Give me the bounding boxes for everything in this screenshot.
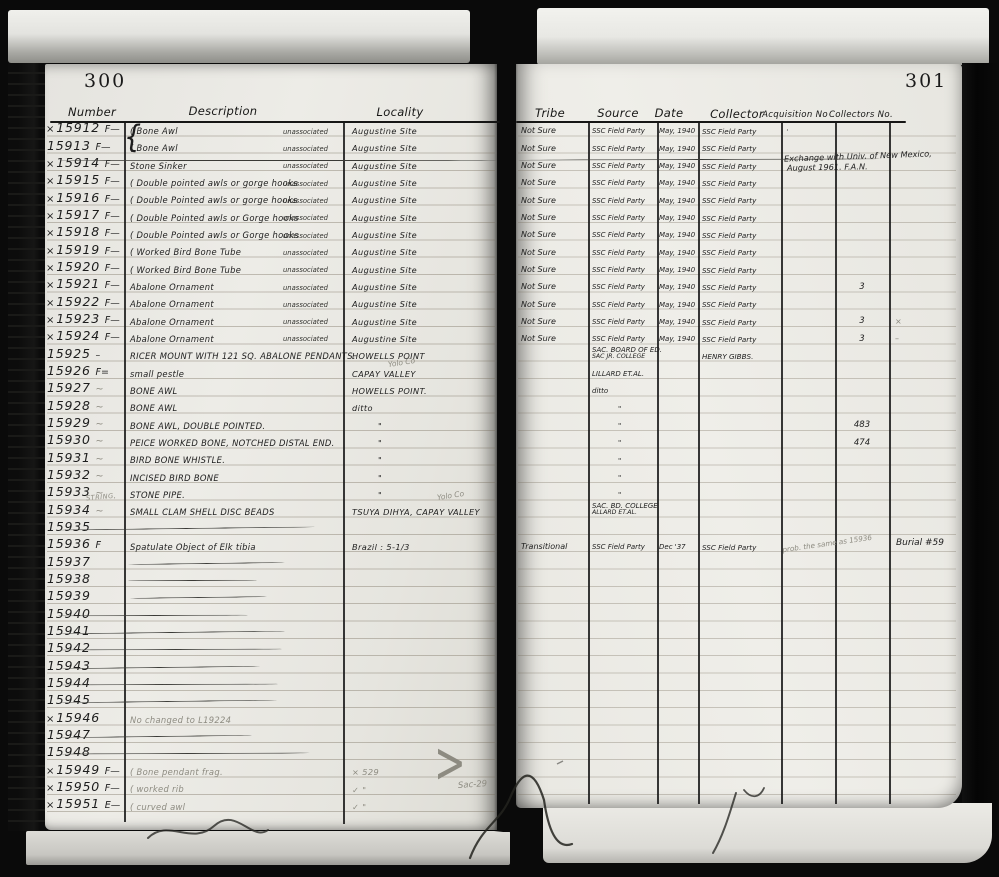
description: BONE AWL: [130, 387, 344, 395]
locality: Augustine Site: [352, 318, 502, 326]
catalog-number: 15941: [46, 625, 126, 638]
ledger-row: ×15924 F— Abalone Ornament unassociated …: [0, 327, 999, 344]
catalog-number: 15932 ~: [46, 469, 126, 482]
date: May, 1940: [659, 232, 697, 239]
locality: HOWELLS POINT: [352, 352, 502, 360]
description: Spatulate Object of Elk tibia: [130, 543, 344, 551]
ledger-row: 15932 ~ INCISED BIRD BONE " ": [0, 466, 999, 483]
locality: ": [352, 439, 502, 447]
description-note: unassociated: [283, 146, 343, 153]
catalog-number: 15930 ~: [46, 434, 126, 447]
description-note: unassociated: [283, 233, 343, 240]
collector: SSC Field Party: [702, 319, 780, 326]
tribe: Transitional: [521, 543, 585, 551]
ledger-row: ×15915 F— ( Double pointed awls or gorge…: [0, 171, 999, 188]
strikethrough-row-15914-left: [58, 160, 498, 161]
ledger-row: 15931 ~ BIRD BONE WHISTLE. " ": [0, 448, 999, 465]
description-note: unassociated: [283, 285, 343, 292]
collector: SSC Field Party: [702, 544, 780, 551]
source: ": [592, 423, 656, 430]
collector: SSC Field Party: [702, 267, 780, 274]
ledger-row: 15926 F= small pestle CAPAY VALLEY LILLA…: [0, 362, 999, 379]
source: ditto: [592, 388, 656, 395]
locality: × 529: [352, 768, 502, 776]
ledger-row: 15934 ~ SMALL CLAM SHELL DISC BEADS TSUY…: [0, 500, 999, 517]
collectors-no: 474: [838, 439, 886, 448]
catalog-number: 15947: [46, 729, 126, 742]
locality: Augustine Site: [352, 266, 502, 274]
date: May, 1940: [659, 198, 697, 205]
locality: ✓ ": [352, 803, 502, 811]
source: SSC Field Party: [592, 163, 656, 170]
locality: TSUYA DIHYA, CAPAY VALLEY: [352, 508, 502, 516]
date: May, 1940: [659, 250, 697, 257]
catalog-number: 15939: [46, 590, 126, 603]
source: SSC Field Party: [592, 250, 656, 257]
catalog-number: 15935: [46, 521, 126, 534]
ledger-row: 15937: [0, 552, 999, 569]
catalog-number: ×15914 F—: [46, 157, 126, 170]
catalog-number: 15943: [46, 660, 126, 673]
ledger-row: ×15946 No changed to L19224: [0, 708, 999, 725]
source: SAC. BD. COLLEGEALLARD ET.AL.: [592, 503, 656, 516]
collectors-no: 3: [838, 317, 886, 326]
catalog-number: 15938: [46, 573, 126, 586]
collector: SSC Field Party: [702, 232, 780, 239]
ledger-row: ×15920 F— ( Worked Bird Bone Tube unasso…: [0, 258, 999, 275]
ledger-row: 15935: [0, 518, 999, 535]
brace-mark: {: [124, 122, 141, 155]
description: ( Bone pendant frag.: [130, 768, 344, 776]
source: SSC Field Party: [592, 146, 656, 153]
collector: SSC Field Party: [702, 145, 780, 152]
tribe: Not Sure: [521, 145, 585, 153]
ledger-row: 15929 ~ BONE AWL, DOUBLE POINTED. " " 48…: [0, 414, 999, 431]
catalog-number: ×15924 F—: [46, 330, 126, 343]
date: Dec '37: [659, 544, 697, 551]
source: SSC Field Party: [592, 215, 656, 222]
catalog-number: 15929 ~: [46, 417, 126, 430]
catalog-number: ×15919 F—: [46, 244, 126, 257]
tribe: Not Sure: [521, 162, 585, 170]
ledger-row: ×15912 F— ( Bone Awl unassociated August…: [0, 119, 999, 136]
locality: Augustine Site: [352, 144, 502, 152]
date: May, 1940: [659, 163, 697, 170]
locality: Augustine Site: [352, 335, 502, 343]
tribe: Not Sure: [521, 197, 585, 205]
tribe: Not Sure: [521, 179, 585, 187]
ledger-row: 15928 ~ BONE AWL ditto ": [0, 396, 999, 413]
catalog-number: 15931 ~: [46, 452, 126, 465]
tribe: Not Sure: [521, 283, 585, 291]
catalog-number: 15928 ~: [46, 400, 126, 413]
catalog-number: 15913 F—: [46, 140, 126, 153]
source: LILLARD ET.AL.: [592, 371, 656, 378]
collectors-no: 483: [838, 421, 886, 430]
description: No changed to L19224: [130, 716, 344, 724]
collector: SSC Field Party: [702, 249, 780, 256]
locality: Augustine Site: [352, 214, 502, 222]
strikethrough-line: [128, 580, 257, 582]
source: SSC Field Party: [592, 198, 656, 205]
ledger-row: 15945: [0, 691, 999, 708]
description-note: unassociated: [283, 302, 343, 309]
ledger-row: ×15918 F— ( Double Pointed awls or Gorge…: [0, 223, 999, 240]
date: May, 1940: [659, 215, 697, 222]
date: May, 1940: [659, 302, 697, 309]
catalog-number: 15925 –: [46, 348, 126, 361]
catalog-number: ×15949 F—: [46, 764, 126, 777]
description: SMALL CLAM SHELL DISC BEADS: [130, 508, 344, 516]
exchange-note-line2: August 1961. F.A.N.: [787, 162, 868, 172]
tribe: Not Sure: [521, 318, 585, 326]
ledger-row: 15948: [0, 743, 999, 760]
locality: Brazil : 5-1/3: [352, 543, 502, 551]
ledger-row: ×15922 F— Abalone Ornament unassociated …: [0, 292, 999, 309]
ledger-row: 15942: [0, 639, 999, 656]
source: ": [592, 492, 656, 499]
ledger-row: ×15949 F— ( Bone pendant frag. × 529: [0, 760, 999, 777]
source: ": [592, 475, 656, 482]
ledger-row: ×15919 F— ( Worked Bird Bone Tube unasso…: [0, 240, 999, 257]
ledger-row: 15930 ~ PEICE WORKED BONE, NOTCHED DISTA…: [0, 431, 999, 448]
catalog-number: ×15916 F—: [46, 192, 126, 205]
source: ": [592, 406, 656, 413]
locality: HOWELLS POINT.: [352, 387, 502, 395]
locality: ": [352, 456, 502, 464]
ledger-photo-scan: 300 301 Number Description Locality Trib…: [0, 0, 999, 877]
page-number-300: 300: [84, 70, 126, 92]
collectors-no: 3: [838, 335, 886, 344]
collectors-no: 3: [838, 283, 886, 292]
tribe: Not Sure: [521, 249, 585, 257]
ledger-row: 15927 ~ BONE AWL HOWELLS POINT. ditto: [0, 379, 999, 396]
locality: ditto: [352, 404, 502, 412]
margin-mark: –: [895, 335, 951, 343]
ledger-row: ×15917 F— ( Double Pointed awls or Gorge…: [0, 206, 999, 223]
acquisition-no: ·: [786, 127, 832, 135]
page-number-301: 301: [905, 70, 947, 92]
tribe: Not Sure: [521, 214, 585, 222]
sac29-label: Sac-29: [458, 780, 488, 791]
catalog-number: 15926 F=: [46, 365, 126, 378]
description: ( worked rib: [130, 785, 344, 793]
ledger-row: 15943: [0, 656, 999, 673]
collector: HENRY GIBBS.: [702, 353, 780, 360]
locality: Augustine Site: [352, 162, 502, 170]
locality: Augustine Site: [352, 231, 502, 239]
date: May, 1940: [659, 128, 697, 135]
catalog-number: ×15918 F—: [46, 226, 126, 239]
locality: ": [352, 491, 502, 499]
collector: SSC Field Party: [702, 336, 780, 343]
locality: Augustine Site: [352, 300, 502, 308]
collector: SSC Field Party: [702, 301, 780, 308]
ledger-row: 15938: [0, 570, 999, 587]
collector: SSC Field Party: [702, 163, 780, 170]
catalog-number: ×15922 F—: [46, 296, 126, 309]
collector: SSC Field Party: [702, 128, 780, 135]
catalog-number: ×15950 F—: [46, 781, 126, 794]
locality: Augustine Site: [352, 248, 502, 256]
locality: CAPAY VALLEY: [352, 370, 502, 378]
header-tribe: Tribe: [520, 106, 580, 120]
book-bottom-edge-left: [26, 831, 510, 865]
tribe: Not Sure: [521, 127, 585, 135]
header-source: Source: [589, 106, 647, 120]
description-note: unassociated: [283, 250, 343, 257]
catalog-number: ×15946: [46, 712, 126, 725]
ledger-row: ×15950 F— ( worked rib ✓ ": [0, 778, 999, 795]
description: PEICE WORKED BONE, NOTCHED DISTAL END.: [130, 439, 344, 447]
source: SSC Field Party: [592, 544, 656, 551]
ledger-row: 15939: [0, 587, 999, 604]
source: SSC Field Party: [592, 128, 656, 135]
catalog-number: ×15917 F—: [46, 209, 126, 222]
header-date: Date: [649, 106, 689, 120]
tribe: Not Sure: [521, 301, 585, 309]
catalog-number: 15940: [46, 608, 126, 621]
description-note: unassociated: [283, 181, 343, 188]
description-note: unassociated: [283, 129, 343, 136]
description: RICER MOUNT WITH 121 SQ. ABALONE PENDANT…: [130, 352, 344, 360]
header-locality: Locality: [352, 105, 448, 119]
source: SSC Field Party: [592, 180, 656, 187]
source: SSC Field Party: [592, 336, 656, 343]
description: BIRD BONE WHISTLE.: [130, 456, 344, 464]
ledger-row: 15947: [0, 726, 999, 743]
ledger-row: 15925 – RICER MOUNT WITH 121 SQ. ABALONE…: [0, 344, 999, 361]
description: STONE PIPE.: [130, 491, 344, 499]
description: ( curved awl: [130, 803, 344, 811]
catalog-number: 15937: [46, 556, 126, 569]
locality: Augustine Site: [352, 127, 502, 135]
ledger-row: ×15921 F— Abalone Ornament unassociated …: [0, 275, 999, 292]
catalog-number: ×15915 F—: [46, 174, 126, 187]
ledger-row: ×15916 F— ( Double Pointed awls or gorge…: [0, 188, 999, 205]
collector: SSC Field Party: [702, 215, 780, 222]
ledger-row: ×15951 E— ( curved awl ✓ ": [0, 795, 999, 812]
burial-number: Burial #59: [896, 539, 944, 548]
description: INCISED BIRD BONE: [130, 474, 344, 482]
date: May, 1940: [659, 146, 697, 153]
ledger-row: 15944: [0, 674, 999, 691]
description-note: unassociated: [283, 198, 343, 205]
book-top-edge-right: [537, 8, 989, 65]
description: BONE AWL: [130, 404, 344, 412]
strikethrough-line: [130, 596, 267, 599]
source: SSC Field Party: [592, 284, 656, 291]
catalog-number: 15927 ~: [46, 382, 126, 395]
source: SSC Field Party: [592, 267, 656, 274]
catalog-number: ×15923 F—: [46, 313, 126, 326]
locality: ": [352, 422, 502, 430]
header-number: Number: [52, 105, 132, 119]
book-top-edge-left: [8, 10, 470, 63]
catalog-number: ×15921 F—: [46, 278, 126, 291]
collector: SSC Field Party: [702, 180, 780, 187]
date: May, 1940: [659, 180, 697, 187]
margin-mark: ×: [895, 318, 951, 326]
source: SSC Field Party: [592, 302, 656, 309]
header-description: Description: [167, 104, 279, 118]
strikethrough-line: [58, 614, 248, 616]
source: ": [592, 440, 656, 447]
ledger-row: ×15923 F— Abalone Ornament unassociated …: [0, 310, 999, 327]
locality: Augustine Site: [352, 196, 502, 204]
description-note: unassociated: [283, 267, 343, 274]
locality: ": [352, 474, 502, 482]
date: May, 1940: [659, 267, 697, 274]
description-note: unassociated: [283, 215, 343, 222]
catalog-number: 15934 ~: [46, 504, 126, 517]
catalog-number: 15936 F: [46, 538, 126, 551]
strikethrough-line: [60, 683, 278, 685]
date: May, 1940: [659, 336, 697, 343]
date: May, 1940: [659, 319, 697, 326]
locality: Augustine Site: [352, 283, 502, 291]
source: ": [592, 458, 656, 465]
tribe: Not Sure: [521, 266, 585, 274]
description-note: unassociated: [283, 319, 343, 326]
tribe: Not Sure: [521, 335, 585, 343]
catalog-number: ×15951 E—: [46, 798, 126, 811]
description-note: unassociated: [283, 336, 343, 343]
collector: SSC Field Party: [702, 284, 780, 291]
ledger-row: 15940: [0, 604, 999, 621]
description: small pestle: [130, 370, 344, 378]
source: SSC Field Party: [592, 319, 656, 326]
strikethrough-line: [128, 562, 285, 565]
description-note: unassociated: [283, 163, 343, 170]
source: SSC Field Party: [592, 232, 656, 239]
source: SAC. BOARD OF ED.SAC JR. COLLEGE: [592, 347, 656, 360]
catalog-number: ×15920 F—: [46, 261, 126, 274]
tribe: Not Sure: [521, 231, 585, 239]
ledger-row: 15933 ~ STONE PIPE. " ": [0, 483, 999, 500]
catalog-number: ×15912 F—: [46, 122, 126, 135]
collector: SSC Field Party: [702, 197, 780, 204]
ledger-row: 15941: [0, 622, 999, 639]
description: BONE AWL, DOUBLE POINTED.: [130, 422, 344, 430]
date: May, 1940: [659, 284, 697, 291]
locality: Augustine Site: [352, 179, 502, 187]
